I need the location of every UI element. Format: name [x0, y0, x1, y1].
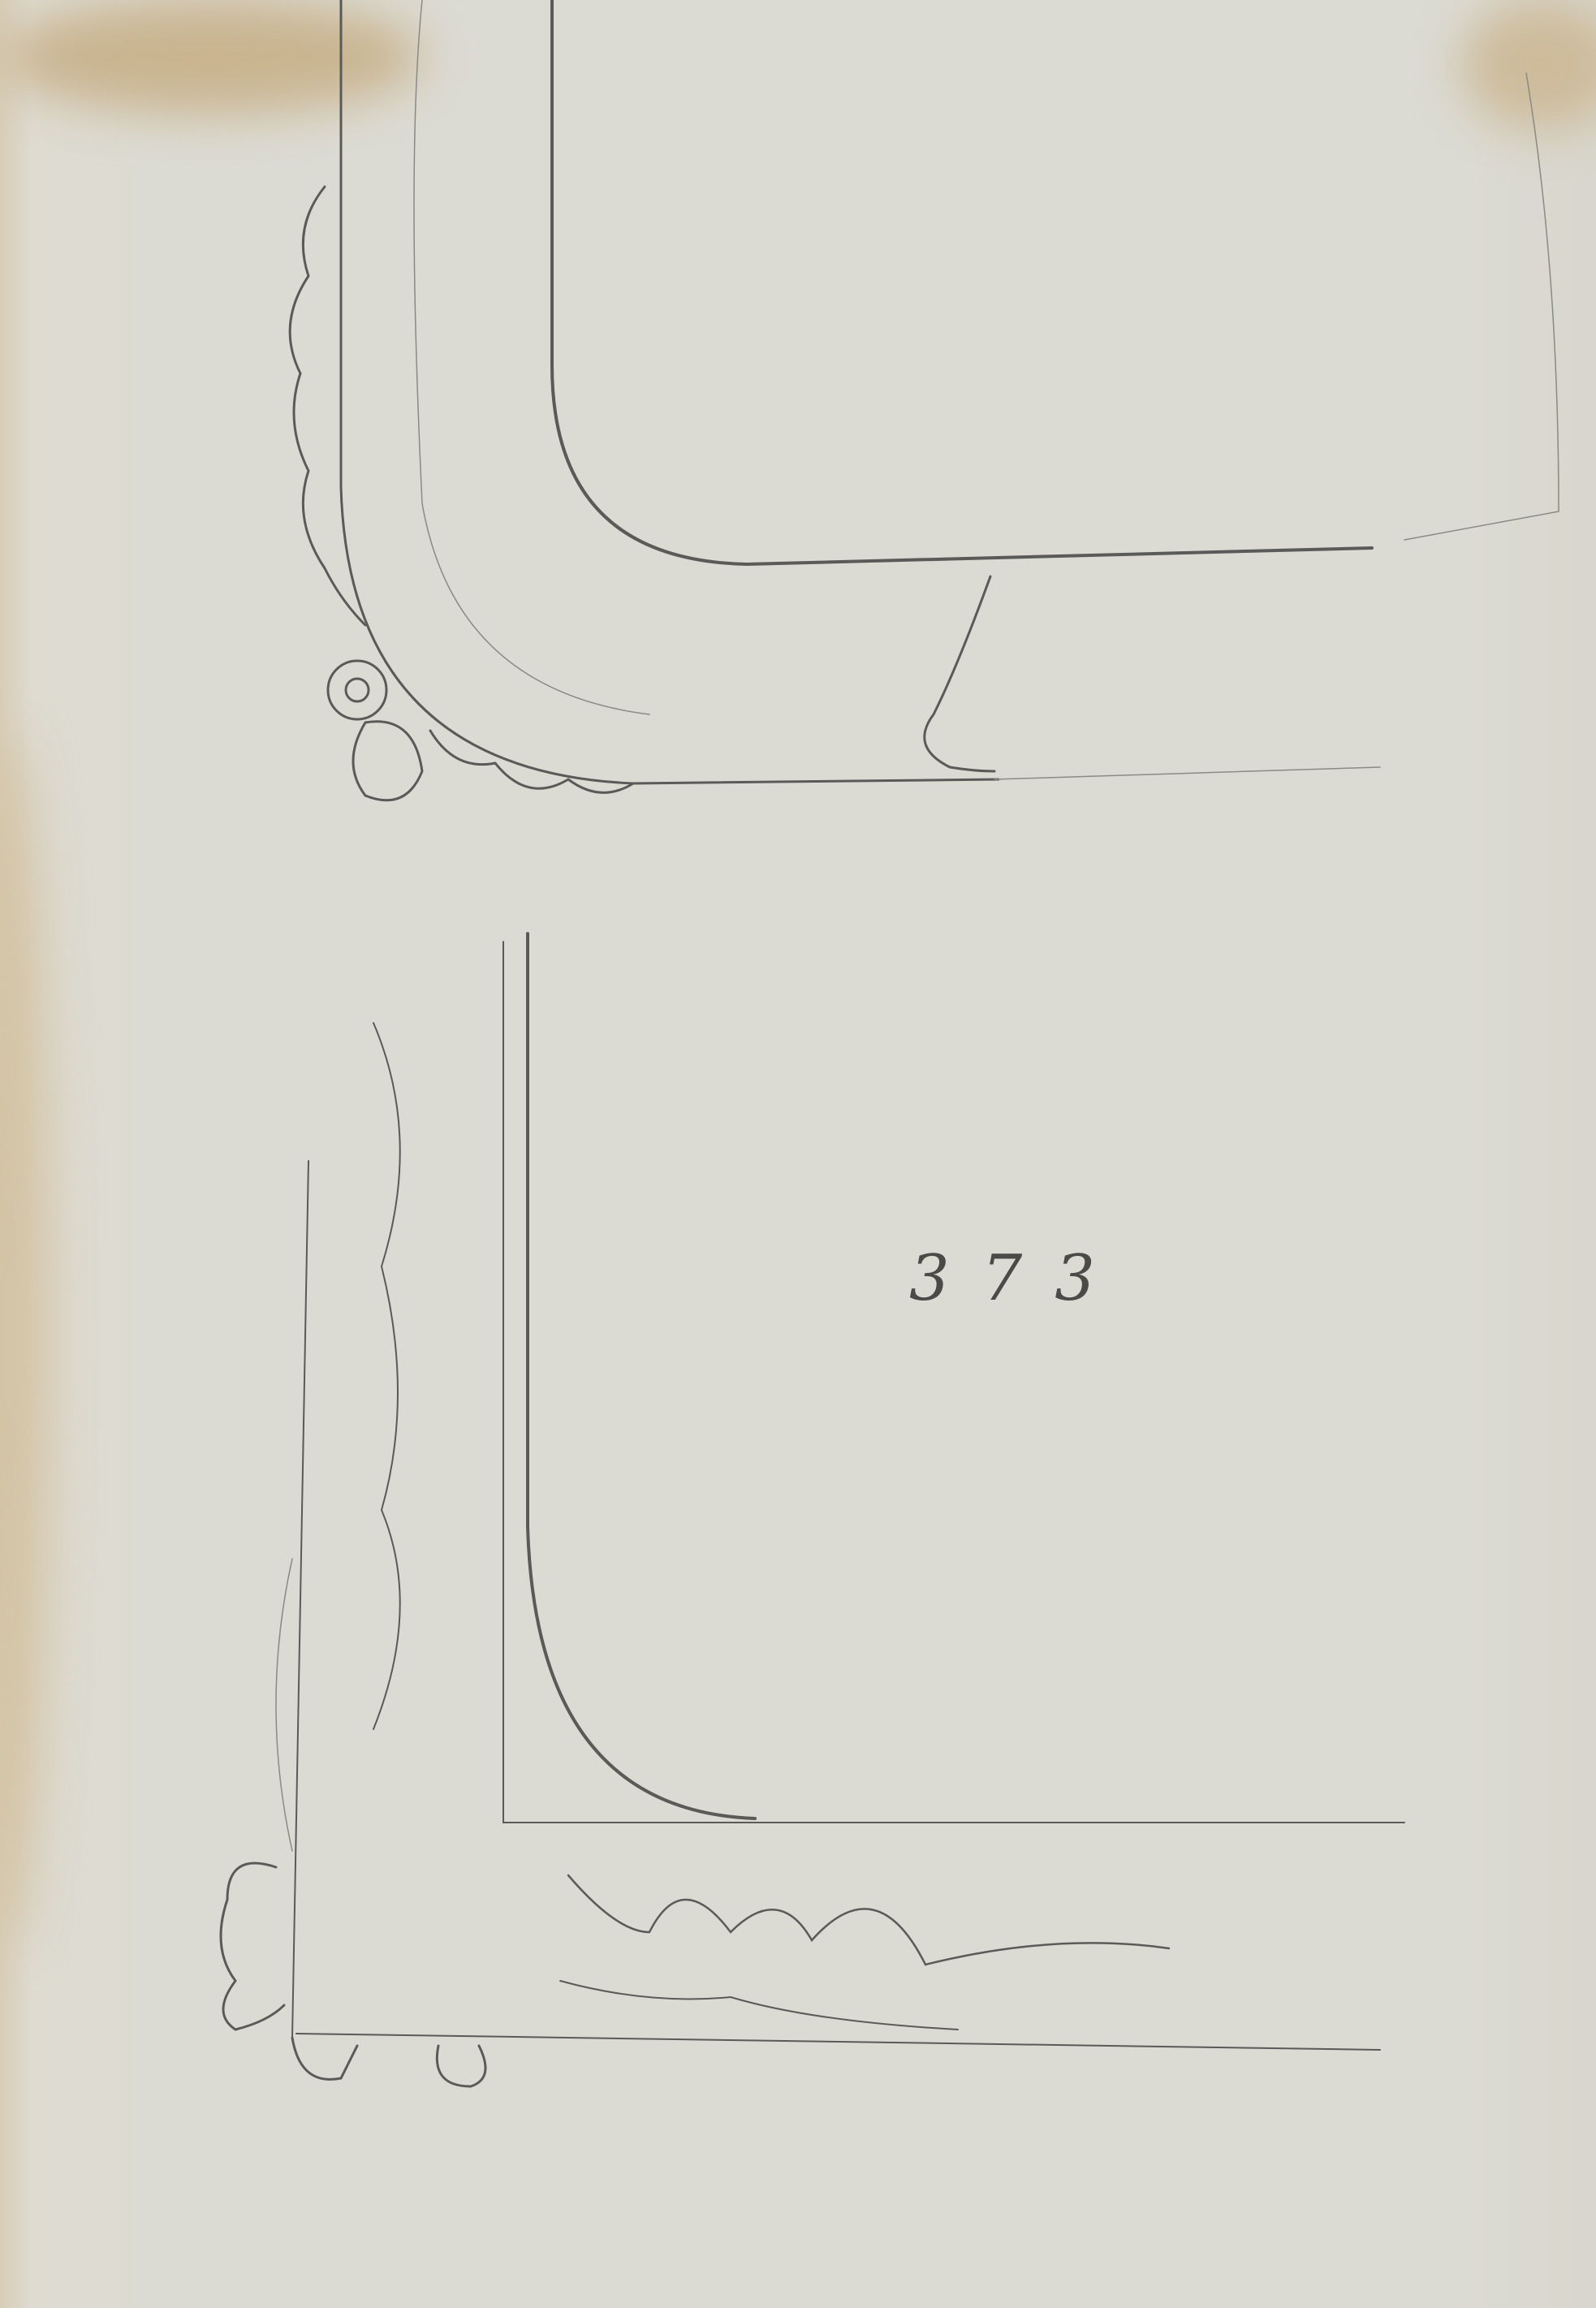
pencil-drawing [0, 0, 1596, 2308]
upper-frame-corner [290, 0, 1559, 800]
sketch-sheet: 373 [0, 0, 1596, 2308]
lower-frame-corner [221, 934, 1404, 2086]
inscription-number: 373 [909, 1242, 1128, 1315]
